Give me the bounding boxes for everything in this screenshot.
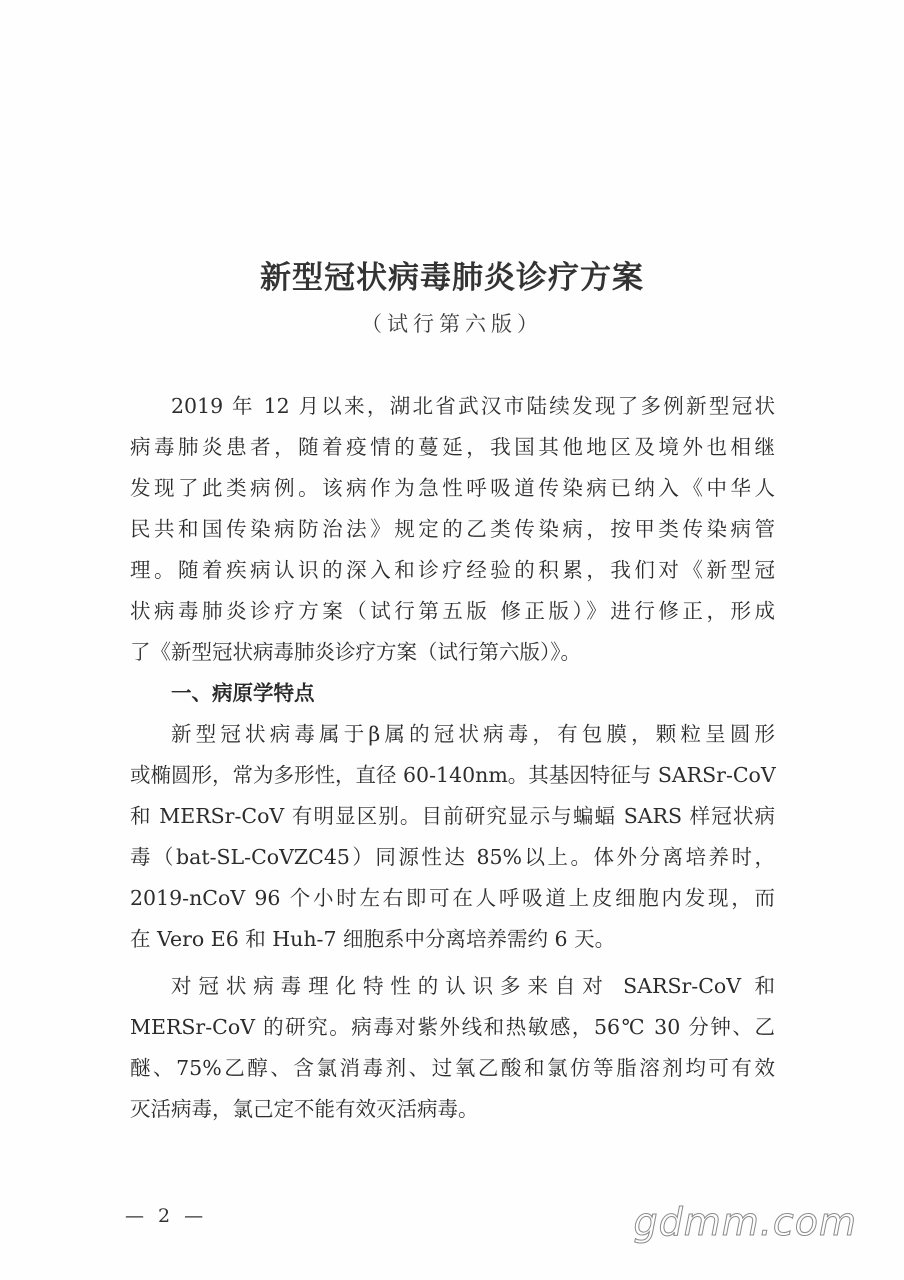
text-line: 理。随着疾病认识的深入和诊疗经验的积累，我们对《新型冠	[130, 550, 775, 591]
text-line: 在 Vero E6 和 Huh-7 细胞系中分离培养需约 6 天。	[130, 919, 775, 960]
text-line: 2019-nCoV 96 个小时左右即可在人呼吸道上皮细胞内发现，而	[130, 878, 775, 919]
pathogen-paragraph-2: 对冠状病毒理化特性的认识多来自对 SARSr-CoV 和 MERSr-CoV 的…	[130, 966, 775, 1130]
intro-paragraph: 2019 年 12 月以来，湖北省武汉市陆续发现了多例新型冠状 病毒肺炎患者，随…	[130, 386, 775, 673]
text-line: 状病毒肺炎诊疗方案（试行第五版 修正版）》进行修正，形成	[130, 591, 775, 632]
section-heading: 一、病原学特点	[130, 673, 775, 714]
text-line: 发现了此类病例。该病作为急性呼吸道传染病已纳入《中华人	[130, 468, 775, 509]
text-line: 了《新型冠状病毒肺炎诊疗方案（试行第六版）》。	[130, 632, 775, 673]
watermark-logo: gdmm.com	[437, 1200, 857, 1244]
text-line: 2019 年 12 月以来，湖北省武汉市陆续发现了多例新型冠状	[130, 386, 775, 427]
document-title: 新型冠状病毒肺炎诊疗方案	[0, 252, 904, 297]
text-line: 灭活病毒，氯己定不能有效灭活病毒。	[130, 1089, 775, 1130]
text-line: 醚、75%乙醇、含氯消毒剂、过氧乙酸和氯仿等脂溶剂均可有效	[130, 1048, 775, 1089]
pathogen-paragraph-1: 新型冠状病毒属于β属的冠状病毒，有包膜，颗粒呈圆形 或椭圆形，常为多形性，直径 …	[130, 714, 775, 960]
text-line: 毒（bat-SL-CoVZC45）同源性达 85%以上。体外分离培养时，	[130, 837, 775, 878]
text-line: 新型冠状病毒属于β属的冠状病毒，有包膜，颗粒呈圆形	[130, 714, 775, 755]
document-subtitle: （试行第六版）	[0, 308, 904, 338]
text-line: 和 MERSr-CoV 有明显区别。目前研究显示与蝙蝠 SARS 样冠状病	[130, 796, 775, 837]
text-line: 民共和国传染病防治法》规定的乙类传染病，按甲类传染病管	[130, 509, 775, 550]
document-body: 2019 年 12 月以来，湖北省武汉市陆续发现了多例新型冠状 病毒肺炎患者，随…	[130, 386, 775, 1130]
page-number: — 2 —	[125, 1205, 207, 1227]
text-line: 对冠状病毒理化特性的认识多来自对 SARSr-CoV 和	[130, 966, 775, 1007]
document-page: 新型冠状病毒肺炎诊疗方案 （试行第六版） 2019 年 12 月以来，湖北省武汉…	[0, 0, 904, 1280]
text-line: 病毒肺炎患者，随着疫情的蔓延，我国其他地区及境外也相继	[130, 427, 775, 468]
text-line: MERSr-CoV 的研究。病毒对紫外线和热敏感，56℃ 30 分钟、乙	[130, 1007, 775, 1048]
text-line: 或椭圆形，常为多形性，直径 60-140nm。其基因特征与 SARSr-CoV	[130, 755, 775, 796]
